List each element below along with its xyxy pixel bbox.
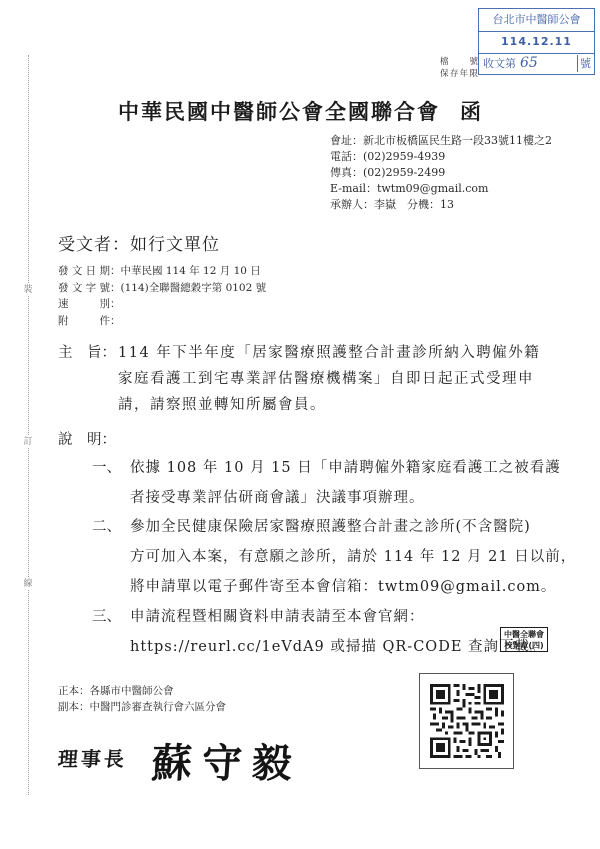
chairman-title: 理事長 <box>57 743 128 772</box>
item-line[interactable]: 將申請單以電子郵件寄至本會信箱：twtm09@gmail.com。 <box>130 572 580 602</box>
contact-email[interactable]: E-mail：twtm09@gmail.com <box>330 181 552 197</box>
item-number: 一、 <box>92 453 121 483</box>
subject-section: 主 旨： 114 年下半年度「居家醫療照護整合計畫診所納入聘僱外籍 家庭看護工到… <box>58 340 578 418</box>
distribution: 正本：各縣市中醫師公會 副本：中醫門診審查執行會六區分會 <box>58 683 226 715</box>
explanation-label: 說 明： <box>58 428 116 449</box>
subject-line: 114 年下半年度「居家醫療照護整合計畫診所納入聘僱外籍 <box>118 340 578 366</box>
binding-label-ding: 訂 <box>22 436 34 448</box>
file-number-label: 檔 號 <box>440 56 478 68</box>
receipt-stamp-org: 台北市中醫師公會 <box>479 9 594 32</box>
proofreading-stamp: 中醫全聯會 校對章(四) <box>500 627 548 652</box>
receipt-suffix: 號 <box>580 53 591 74</box>
receipt-number: 65 <box>520 55 538 71</box>
item-text: 依據 108 年 10 月 15 日「申請聘僱外籍家庭看護工之被看護 者接受專業… <box>130 453 580 513</box>
chairman-signature: 蘇守毅 <box>150 732 304 789</box>
subject-text: 114 年下半年度「居家醫療照護整合計畫診所納入聘僱外籍 家庭看護工到宅專業評估… <box>118 340 578 418</box>
item-line: 依據 108 年 10 月 15 日「申請聘僱外籍家庭看護工之被看護 <box>130 453 580 483</box>
receipt-label: 收文第 <box>483 57 516 70</box>
file-labels: 檔 號 保存年限 <box>440 56 478 80</box>
subject-line: 請，請察照並轉知所屬會員。 <box>118 392 578 418</box>
binding-line <box>28 55 29 795</box>
binding-label-zhuang: 裝 <box>22 284 34 296</box>
receipt-stamp-date: 114.12.11 <box>479 31 594 54</box>
doc-number-row: 發文字號：(114)全聯醫總穀字第 0102 號 <box>58 280 266 297</box>
qr-code-icon <box>430 684 504 758</box>
contact-phone: 電話：(02)2959-4939 <box>330 149 552 165</box>
issue-date-value: 中華民國 114 年 12 月 10 日 <box>121 265 261 277</box>
item-text: 參加全民健康保險居家醫療照護整合計畫之診所(不含醫院) 方可加入本案，有意願之診… <box>130 512 580 602</box>
issue-date-label: 發文日期 <box>58 263 110 280</box>
explanation-item-1: 一、 依據 108 年 10 月 15 日「申請聘僱外籍家庭看護工之被看護 者接… <box>92 453 580 513</box>
attachment-label: 附件 <box>58 313 110 330</box>
proofreading-stamp-line1: 中醫全聯會 <box>501 629 547 640</box>
explanation-item-2: 二、 參加全民健康保險居家醫療照護整合計畫之診所(不含醫院) 方可加入本案，有意… <box>92 512 580 602</box>
issue-date-row: 發文日期：中華民國 114 年 12 月 10 日 <box>58 263 266 280</box>
item-number: 二、 <box>92 512 121 542</box>
retention-period-label: 保存年限 <box>440 68 478 80</box>
proofreading-stamp-line2: 校對章(四) <box>501 640 547 651</box>
doc-meta: 發文日期：中華民國 114 年 12 月 10 日 發文字號：(114)全聯醫總… <box>58 263 266 329</box>
receipt-stamp: 台北市中醫師公會 114.12.11 收文第65 號 <box>478 8 595 75</box>
contact-fax: 傳真：(02)2959-2499 <box>330 165 552 181</box>
subject-line: 家庭看護工到宅專業評估醫療機構案」自即日起正式受理申 <box>118 366 578 392</box>
receipt-separator <box>577 55 578 72</box>
binding-label-xian: 線 <box>22 578 34 590</box>
item-line: 者接受專業評估研商會議」決議事項辦理。 <box>130 483 580 513</box>
subject-label: 主 旨： <box>58 340 118 366</box>
speed-label: 速別 <box>58 296 110 313</box>
contact-info: 會址：新北市板橋區民生路一段33號11樓之2 電話：(02)2959-4939 … <box>330 133 552 213</box>
doc-number-value: (114)全聯醫總穀字第 0102 號 <box>121 282 267 294</box>
contact-handler: 承辦人：李嶽 分機：13 <box>330 197 552 213</box>
attachment-row: 附件： <box>58 313 266 330</box>
doc-type: 函 <box>460 96 481 126</box>
org-name-title: 中華民國中醫師公會全國聯合會 <box>118 96 440 126</box>
original-recipients: 正本：各縣市中醫師公會 <box>58 683 226 699</box>
qr-code[interactable] <box>419 673 514 769</box>
contact-address: 會址：新北市板橋區民生路一段33號11樓之2 <box>330 133 552 149</box>
recipient: 受文者：如行文單位 <box>58 230 220 255</box>
item-line: 參加全民健康保險居家醫療照護整合計畫之診所(不含醫院) <box>130 512 580 542</box>
receipt-stamp-number-row: 收文第65 號 <box>479 53 594 74</box>
speed-row: 速別： <box>58 296 266 313</box>
item-line: 方可加入本案，有意願之診所，請於 114 年 12 月 21 日以前， <box>130 542 580 572</box>
copy-recipients: 副本：中醫門診審查執行會六區分會 <box>58 699 226 715</box>
item-number: 三、 <box>92 602 121 632</box>
doc-number-label: 發文字號 <box>58 280 110 297</box>
